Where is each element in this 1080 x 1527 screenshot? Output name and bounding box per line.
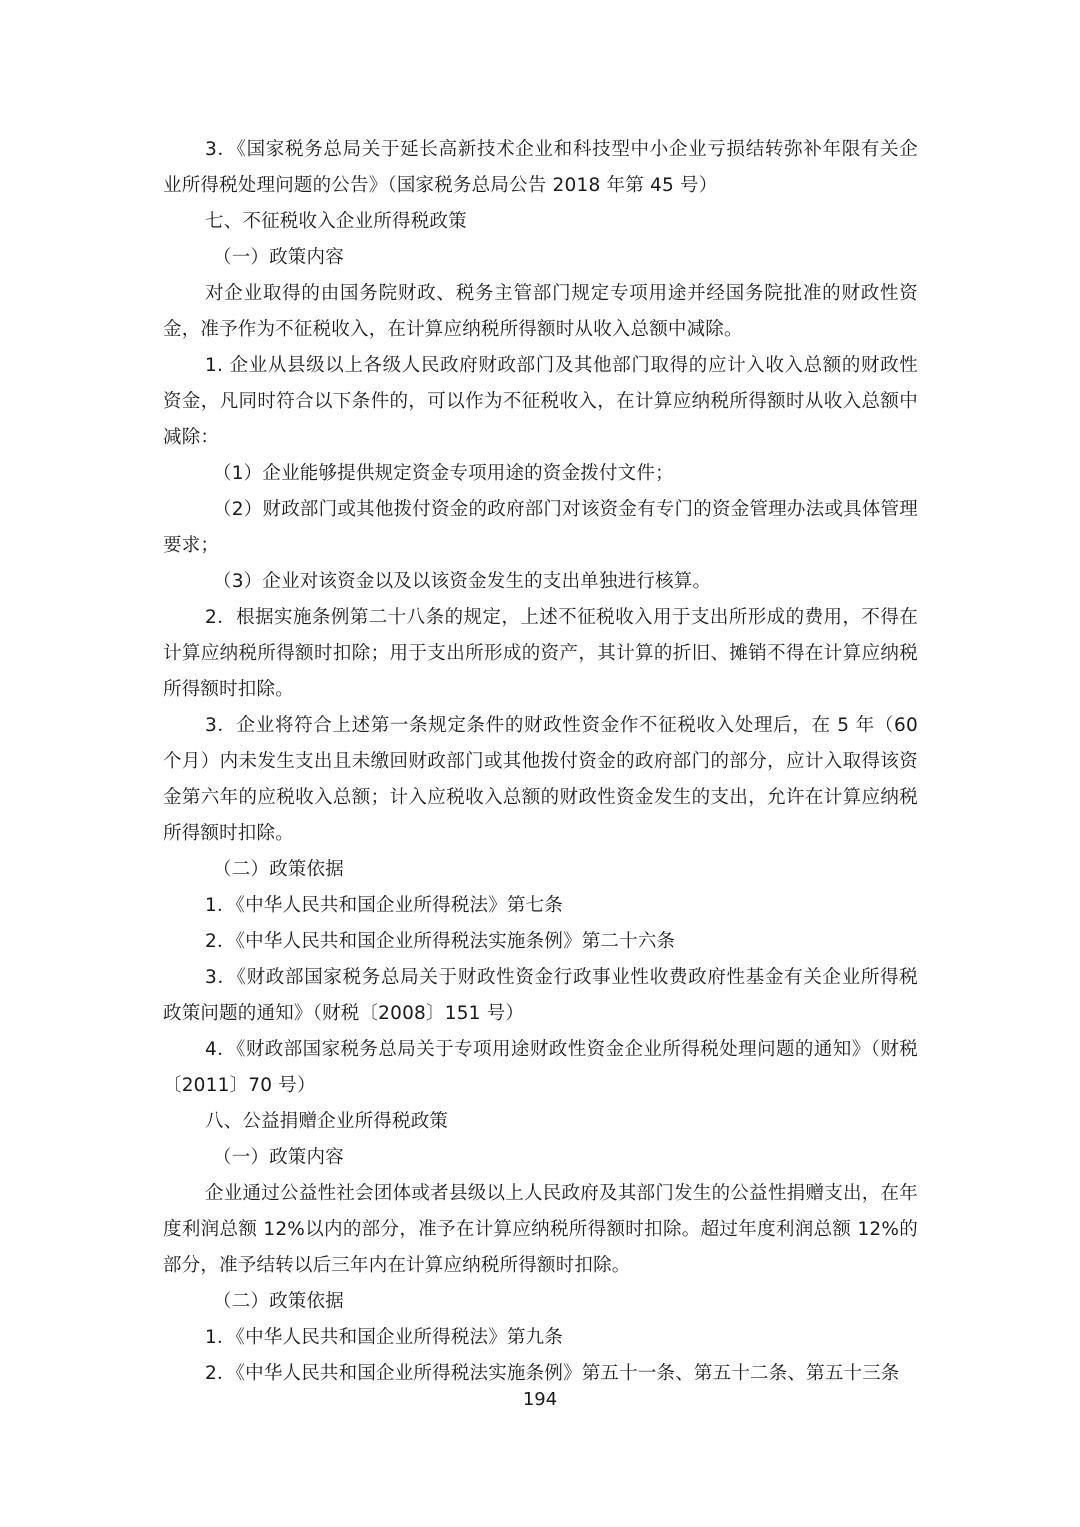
basis-item-2: 2．《中华人民共和国企业所得税法实施条例》第二十六条 bbox=[163, 924, 918, 960]
basis-item-2: 2．《中华人民共和国企业所得税法实施条例》第五十一条、第五十二条、第五十三条 bbox=[163, 1356, 918, 1392]
numbered-item-3: 3．企业将符合上述第一条规定条件的财政性资金作不征税收入处理后，在 5 年（60… bbox=[163, 708, 918, 852]
basis-item-4: 4．《财政部国家税务总局关于专项用途财政性资金企业所得税处理问题的通知》（财税〔… bbox=[163, 1032, 918, 1104]
numbered-item-2: 2．根据实施条例第二十八条的规定，上述不征税收入用于支出所形成的费用，不得在计算… bbox=[163, 600, 918, 708]
subheading-policy-basis: （二）政策依据 bbox=[163, 852, 918, 888]
body-paragraph: 对企业取得的由国务院财政、税务主管部门规定专项用途并经国务院批准的财政性资金，准… bbox=[163, 276, 918, 348]
basis-item-3: 3．《财政部国家税务总局关于财政性资金行政事业性收费政府性基金有关企业所得税政策… bbox=[163, 960, 918, 1032]
section-heading-7: 七、不征税收入企业所得税政策 bbox=[163, 204, 918, 240]
basis-item-1: 1．《中华人民共和国企业所得税法》第九条 bbox=[163, 1320, 918, 1356]
condition-item-1: （1）企业能够提供规定资金专项用途的资金拨付文件； bbox=[163, 456, 918, 492]
numbered-item-1: 1. 企业从县级以上各级人民政府财政部门及其他部门取得的应计入收入总额的财政性资… bbox=[163, 348, 918, 456]
subheading-policy-content: （一）政策内容 bbox=[163, 1140, 918, 1176]
condition-item-2: （2）财政部门或其他拨付资金的政府部门对该资金有专门的资金管理办法或具体管理要求… bbox=[163, 492, 918, 564]
section-heading-8: 八、公益捐赠企业所得税政策 bbox=[163, 1104, 918, 1140]
page-number: 194 bbox=[0, 1388, 1080, 1412]
basis-item-1: 1．《中华人民共和国企业所得税法》第七条 bbox=[163, 888, 918, 924]
reference-item-3-prev-section: 3．《国家税务总局关于延长高新技术企业和科技型中小企业亏损结转弥补年限有关企业所… bbox=[163, 132, 918, 204]
subheading-policy-content: （一）政策内容 bbox=[163, 240, 918, 276]
body-paragraph: 企业通过公益性社会团体或者县级以上人民政府及其部门发生的公益性捐赠支出，在年度利… bbox=[163, 1176, 918, 1284]
document-page: 3．《国家税务总局关于延长高新技术企业和科技型中小企业亏损结转弥补年限有关企业所… bbox=[163, 132, 918, 1392]
subheading-policy-basis: （二）政策依据 bbox=[163, 1284, 918, 1320]
condition-item-3: （3）企业对该资金以及以该资金发生的支出单独进行核算。 bbox=[163, 564, 918, 600]
